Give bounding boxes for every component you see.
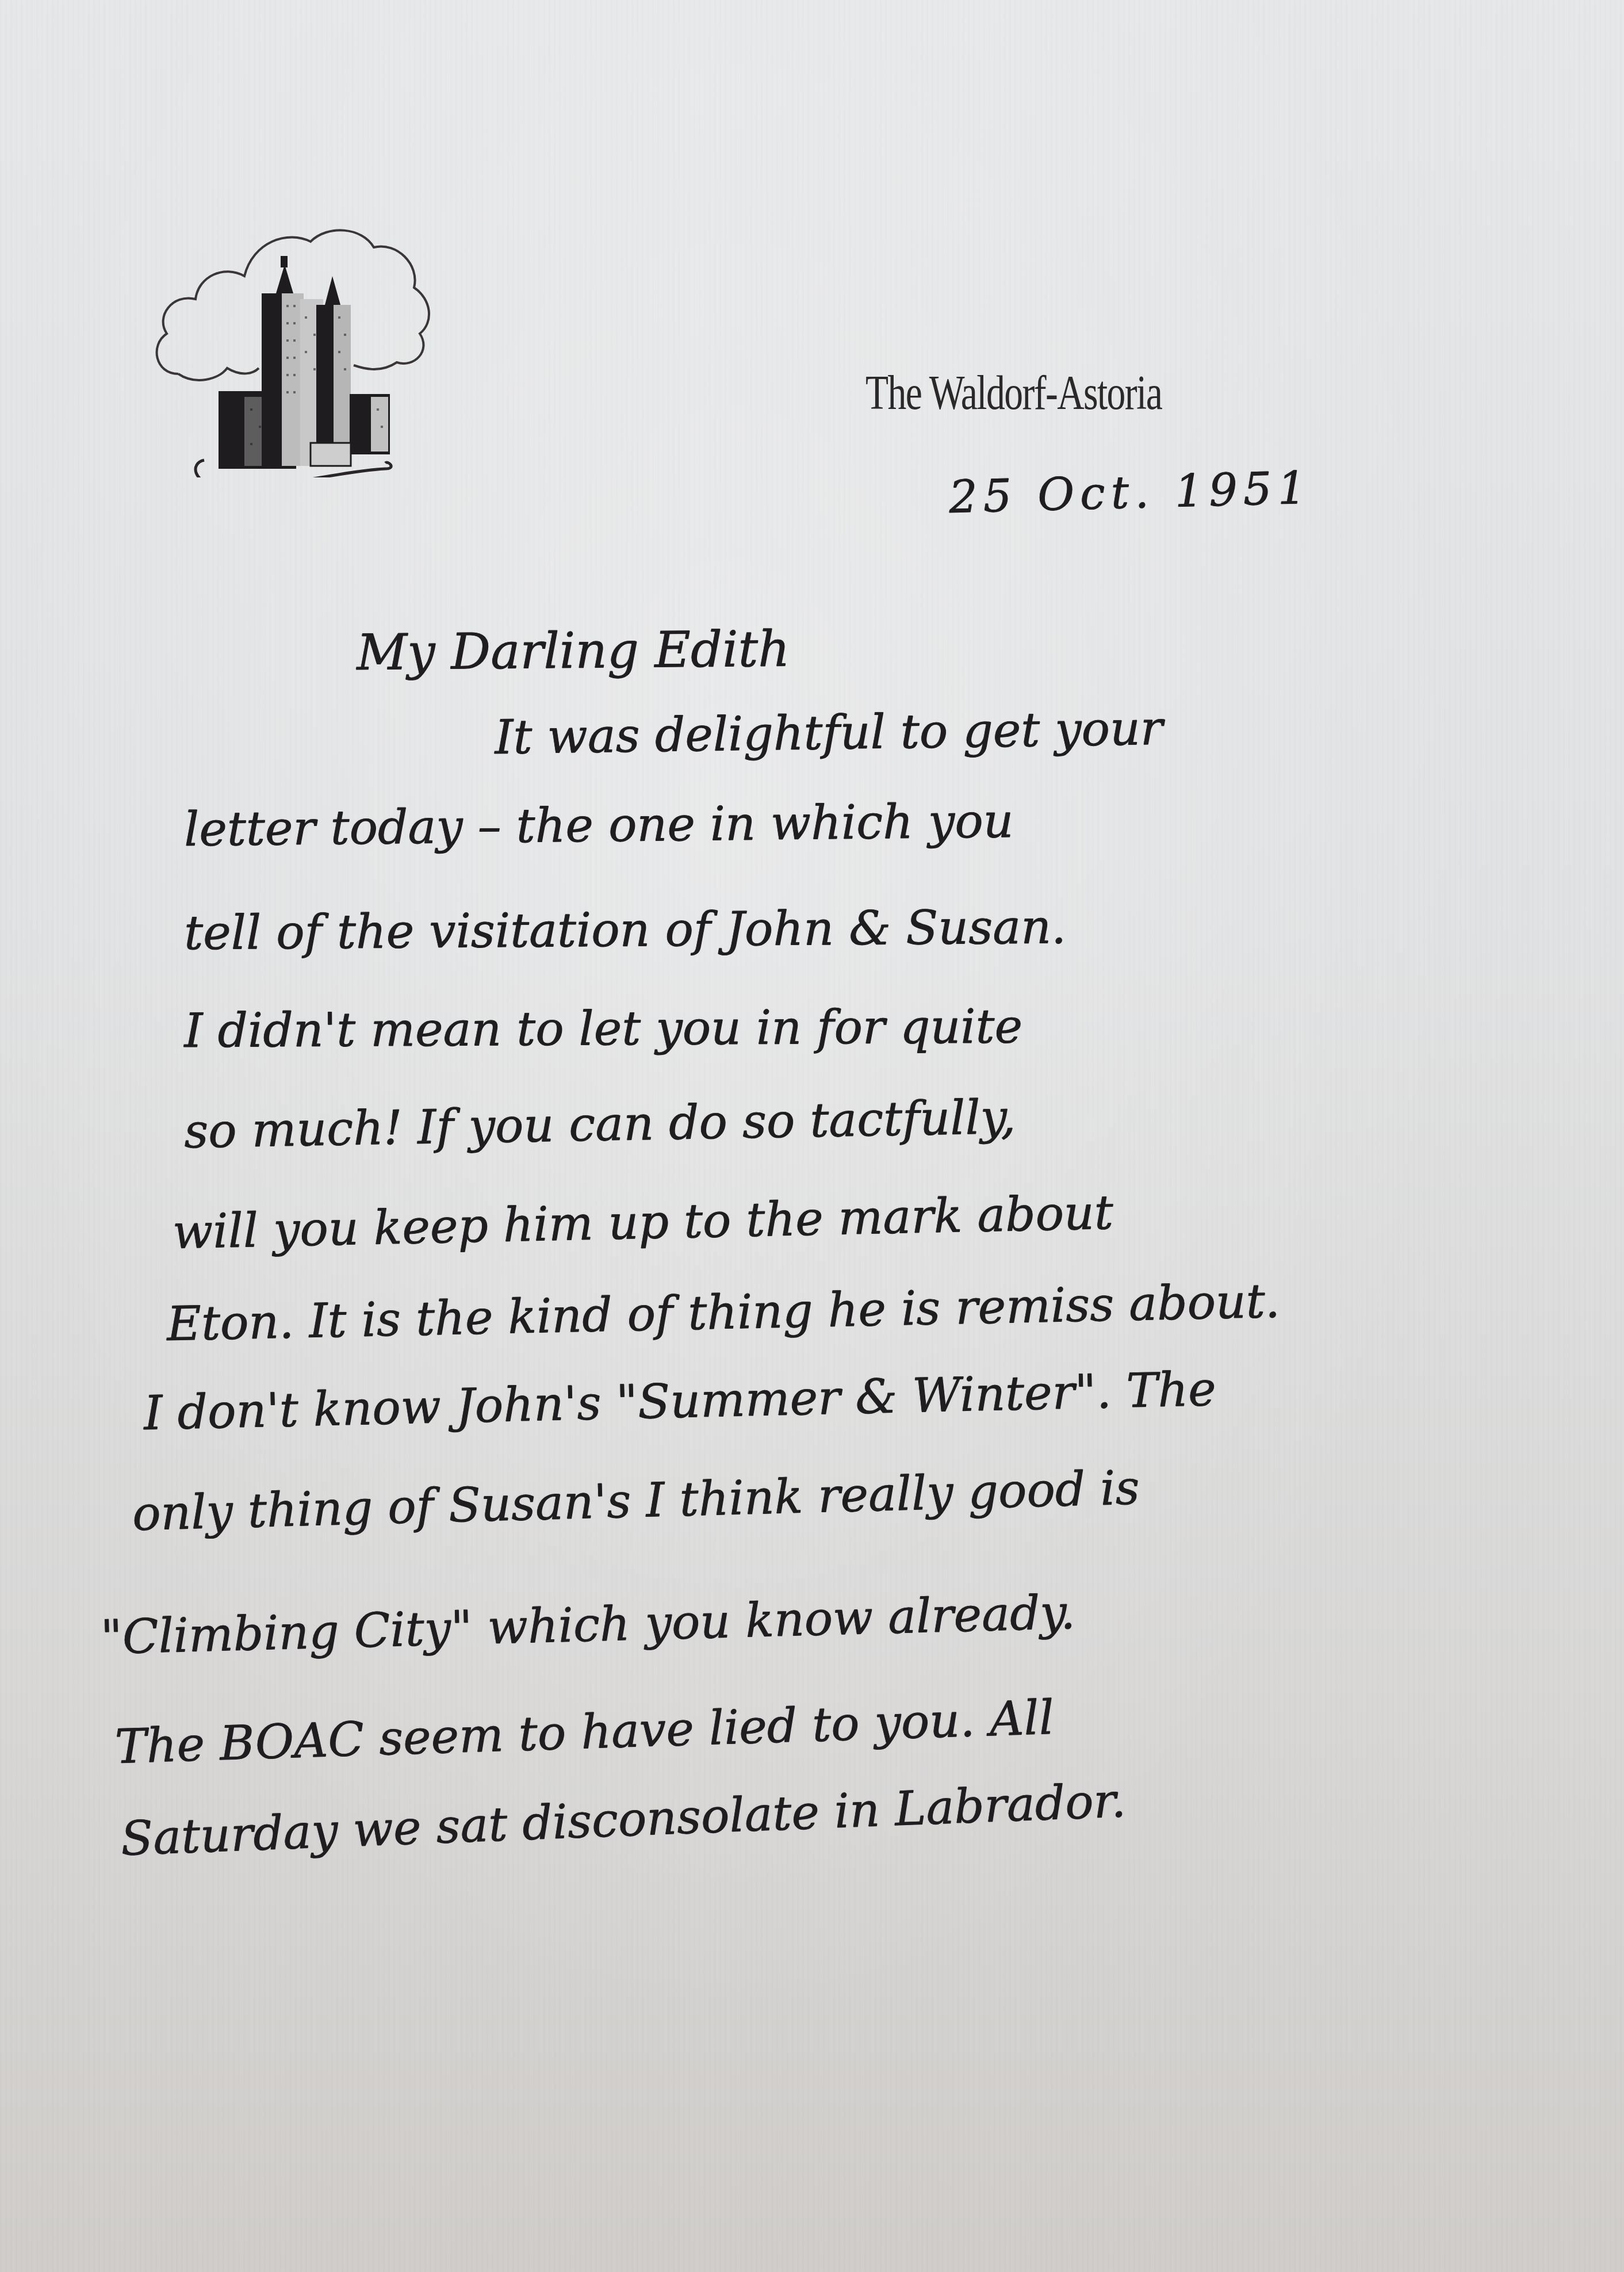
letter-line: It was delightful to get your — [494, 701, 1163, 765]
letter-line: letter today – the one in which you — [184, 794, 1014, 857]
letter-line: Eton. It is the kind of thing he is remi… — [166, 1273, 1281, 1352]
letter-line: only thing of Susan's I think really goo… — [132, 1460, 1140, 1542]
hotel-letterhead-name: The Waldorf-Astoria — [865, 365, 1162, 421]
letter-line: The BOAC seem to have lied to you. All — [114, 1690, 1055, 1774]
letter-date: 25 Oct. 1951 — [948, 462, 1312, 523]
letter-line: so much! If you can do so tactfully, — [183, 1090, 1016, 1159]
letter-line: tell of the visitation of John & Susan. — [184, 900, 1066, 961]
letter-line: I didn't mean to let you in for quite — [184, 999, 1022, 1058]
letter-line: I don't know John's "Summer & Winter". T… — [143, 1362, 1217, 1441]
letter-line: "Climbing City" which you know already. — [100, 1585, 1076, 1665]
letter-line: will you keep him up to the mark about — [172, 1185, 1114, 1260]
skyscraper-with-clouds-icon — [144, 201, 449, 477]
letter-line: Saturday we sat disconsolate in Labrador… — [120, 1773, 1127, 1866]
letter-page: The Waldorf-Astoria 25 Oct. 1951 My Darl… — [0, 0, 1624, 2272]
letter-salutation: My Darling Edith — [357, 620, 790, 682]
